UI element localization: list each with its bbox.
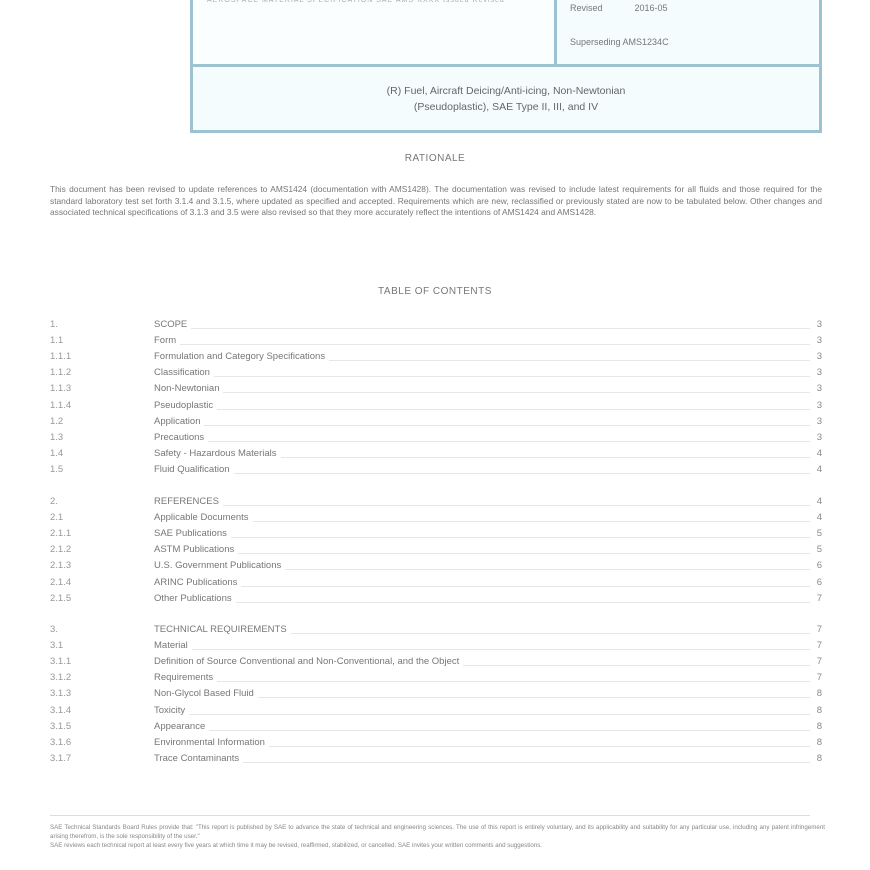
toc-entry[interactable]: 2.1.5Other Publications7 (50, 590, 822, 606)
toc-entry[interactable]: 3.1.5Appearance8 (50, 718, 822, 734)
meta-revised: Revised 2016-05 (570, 3, 668, 13)
toc-dot-leader (285, 569, 810, 570)
toc-entry-number: 1.1.3 (50, 383, 154, 394)
toc-entry[interactable]: 1.1.4Pseudoplastic3 (50, 397, 822, 413)
toc-dot-leader (208, 441, 810, 442)
toc-entry-label[interactable]: Form (154, 335, 180, 346)
title-line-2: (Pseudoplastic), SAE Type II, III, and I… (193, 99, 819, 115)
toc-dot-leader (180, 344, 810, 345)
toc-entry-page: 7 (810, 640, 822, 651)
toc-entry-number: 3.1.1 (50, 656, 154, 667)
title-line-1: (R) Fuel, Aircraft Deicing/Anti-icing, N… (193, 83, 819, 99)
toc-entry[interactable]: 3.1.4Toxicity8 (50, 702, 822, 718)
toc-entry[interactable]: 1.3Precautions3 (50, 429, 822, 445)
toc-entry-page: 5 (810, 544, 822, 555)
footer-notice: SAE Technical Standards Board Rules prov… (50, 823, 825, 850)
toc-entry[interactable]: 1.1Form3 (50, 332, 822, 348)
toc-dot-leader (243, 762, 810, 763)
toc-entry[interactable]: 2.1.2ASTM Publications5 (50, 542, 822, 558)
toc-dot-leader (329, 360, 810, 361)
toc-entry-number: 3.1.7 (50, 753, 154, 764)
toc-entry[interactable]: 3.1.6Environmental Information8 (50, 734, 822, 750)
toc-entry-number: 3.1.3 (50, 688, 154, 699)
toc-dot-leader (281, 457, 811, 458)
toc-entry-label[interactable]: Application (154, 416, 204, 427)
toc-group-references: 2.REFERENCES42.1Applicable Documents42.1… (50, 493, 822, 606)
toc-entry-label[interactable]: ASTM Publications (154, 544, 238, 555)
header-top-line: AEROSPACE MATERIAL SPECIFICATION SAE AMS… (207, 0, 505, 4)
toc-dot-leader (258, 697, 810, 698)
toc-entry-page: 3 (810, 319, 822, 330)
toc-entry-label[interactable]: Environmental Information (154, 737, 269, 748)
toc-group-scope: 1.SCOPE31.1Form31.1.1Formulation and Cat… (50, 316, 822, 478)
toc-group-technical-requirements: 3.TECHNICAL REQUIREMENTS73.1Material73.1… (50, 621, 822, 767)
toc-entry-number: 3.1 (50, 640, 154, 651)
footer-divider (50, 815, 810, 816)
footer-text-2: SAE reviews each technical report at lea… (50, 841, 825, 850)
toc-entry-label[interactable]: ARINC Publications (154, 577, 241, 588)
toc-entry-label[interactable]: Non-Newtonian (154, 383, 223, 394)
toc-entry-number: 3.1.2 (50, 672, 154, 683)
toc-entry[interactable]: 1.1.3Non-Newtonian3 (50, 381, 822, 397)
toc-entry-page: 5 (810, 528, 822, 539)
rationale-heading: RATIONALE (0, 153, 870, 164)
toc-entry[interactable]: 1.4Safety - Hazardous Materials4 (50, 446, 822, 462)
toc-entry-page: 8 (810, 721, 822, 732)
toc-entry-label[interactable]: REFERENCES (154, 496, 223, 507)
toc-entry-number: 1. (50, 319, 154, 330)
toc-dot-leader (269, 746, 810, 747)
toc-entry-number: 1.1.1 (50, 351, 154, 362)
toc-entry-label[interactable]: Other Publications (154, 593, 236, 604)
toc-entry-label[interactable]: Non-Glycol Based Fluid (154, 688, 258, 699)
toc-dot-leader (234, 473, 810, 474)
toc-entry-number: 2.1.2 (50, 544, 154, 555)
toc-entry-number: 2.1.1 (50, 528, 154, 539)
toc-entry[interactable]: 3.1.1Definition of Source Conventional a… (50, 653, 822, 669)
toc-dot-leader (463, 665, 810, 666)
meta-superseding-label: Superseding AMS1234C (570, 37, 669, 47)
toc-entry-label[interactable]: SAE Publications (154, 528, 231, 539)
header-left-cell: AEROSPACE MATERIAL SPECIFICATION SAE AMS… (193, 0, 557, 64)
toc-entry-page: 7 (810, 656, 822, 667)
toc-entry-label[interactable]: Pseudoplastic (154, 400, 217, 411)
toc-entry-page: 4 (810, 448, 822, 459)
toc-entry-page: 8 (810, 753, 822, 764)
toc-entry[interactable]: 3.1.2Requirements7 (50, 670, 822, 686)
toc-entry-label[interactable]: Material (154, 640, 192, 651)
toc-dot-leader (238, 553, 810, 554)
toc-entry-label[interactable]: Appearance (154, 721, 209, 732)
footer-text-1: SAE Technical Standards Board Rules prov… (50, 823, 825, 841)
toc-entry-number: 2. (50, 496, 154, 507)
toc-entry-number: 2.1.5 (50, 593, 154, 604)
toc-entry-page: 3 (810, 383, 822, 394)
toc-entry-number: 1.3 (50, 432, 154, 443)
toc-entry-label[interactable]: Applicable Documents (154, 512, 253, 523)
toc-entry-number: 1.4 (50, 448, 154, 459)
toc-entry-label[interactable]: TECHNICAL REQUIREMENTS (154, 624, 291, 635)
toc-entry-page: 7 (810, 672, 822, 683)
document-title: (R) Fuel, Aircraft Deicing/Anti-icing, N… (193, 70, 819, 130)
toc-entry-label[interactable]: Trace Contaminants (154, 753, 243, 764)
toc-dot-leader (209, 730, 810, 731)
toc-entry-page: 7 (810, 624, 822, 635)
toc-entry[interactable]: 1.1.2Classification3 (50, 365, 822, 381)
toc-entry-label[interactable]: Definition of Source Conventional and No… (154, 656, 463, 667)
toc-entry-number: 1.5 (50, 464, 154, 475)
toc-entry[interactable]: 2.REFERENCES4 (50, 493, 822, 509)
toc-entry-page: 7 (810, 593, 822, 604)
toc-entry-page: 4 (810, 512, 822, 523)
header-meta-cell: Revised 2016-05 Superseding AMS1234C (560, 0, 819, 64)
toc-entry[interactable]: 1.1.1Formulation and Category Specificat… (50, 348, 822, 364)
toc-entry-number: 2.1.3 (50, 560, 154, 571)
toc-entry-page: 3 (810, 400, 822, 411)
toc-entry-number: 3. (50, 624, 154, 635)
toc-dot-leader (253, 521, 810, 522)
toc-entry[interactable]: 3.1.3Non-Glycol Based Fluid8 (50, 686, 822, 702)
toc-entry[interactable]: 1.SCOPE3 (50, 316, 822, 332)
toc-dot-leader (241, 586, 810, 587)
toc-dot-leader (214, 376, 810, 377)
toc-entry-number: 1.1 (50, 335, 154, 346)
toc-dot-leader (223, 505, 810, 506)
toc-entry[interactable]: 3.1Material7 (50, 637, 822, 653)
toc-entry[interactable]: 2.1Applicable Documents4 (50, 509, 822, 525)
toc-entry-label[interactable]: Safety - Hazardous Materials (154, 448, 281, 459)
meta-revised-value: 2016-05 (635, 3, 668, 13)
toc-dot-leader (231, 537, 810, 538)
toc-dot-leader (291, 633, 810, 634)
toc-entry-number: 2.1 (50, 512, 154, 523)
toc-dot-leader (236, 602, 810, 603)
toc-entry-label[interactable]: Requirements (154, 672, 217, 683)
toc-entry-page: 3 (810, 432, 822, 443)
toc-entry-label[interactable]: SCOPE (154, 319, 191, 330)
toc-dot-leader (192, 649, 810, 650)
toc-dot-leader (217, 409, 810, 410)
toc-entry-number: 3.1.6 (50, 737, 154, 748)
header-top-row: AEROSPACE MATERIAL SPECIFICATION SAE AMS… (193, 0, 819, 67)
toc-entry-page: 3 (810, 367, 822, 378)
toc-entry-number: 2.1.4 (50, 577, 154, 588)
toc-entry[interactable]: 1.5Fluid Qualification4 (50, 462, 822, 478)
toc-entry[interactable]: 2.1.3U.S. Government Publications6 (50, 558, 822, 574)
toc-dot-leader (223, 392, 810, 393)
toc-entry-label[interactable]: Fluid Qualification (154, 464, 234, 475)
toc-dot-leader (217, 681, 810, 682)
document-header-block: AEROSPACE MATERIAL SPECIFICATION SAE AMS… (190, 0, 822, 133)
toc-entry[interactable]: 2.1.4ARINC Publications6 (50, 574, 822, 590)
toc-entry-page: 8 (810, 737, 822, 748)
toc-entry-page: 3 (810, 351, 822, 362)
toc-entry-label[interactable]: Precautions (154, 432, 208, 443)
toc-entry[interactable]: 3.TECHNICAL REQUIREMENTS7 (50, 621, 822, 637)
toc-entry-page: 8 (810, 705, 822, 716)
toc-entry[interactable]: 3.1.7Trace Contaminants8 (50, 751, 822, 767)
toc-entry-number: 1.1.4 (50, 400, 154, 411)
toc-entry-label[interactable]: Toxicity (154, 705, 189, 716)
meta-superseding: Superseding AMS1234C (570, 37, 669, 47)
toc-dot-leader (189, 714, 810, 715)
toc-entry-label[interactable]: U.S. Government Publications (154, 560, 285, 571)
toc-heading: TABLE OF CONTENTS (0, 286, 870, 297)
toc-entry-page: 8 (810, 688, 822, 699)
toc-entry-page: 3 (810, 335, 822, 346)
toc-entry-page: 4 (810, 464, 822, 475)
toc-dot-leader (191, 328, 810, 329)
rationale-body: This document has been revised to update… (50, 184, 822, 219)
toc-entry-number: 1.1.2 (50, 367, 154, 378)
toc-entry-page: 6 (810, 560, 822, 571)
toc-entry-label[interactable]: Classification (154, 367, 214, 378)
toc-entry[interactable]: 1.2Application3 (50, 413, 822, 429)
toc-entry-number: 3.1.4 (50, 705, 154, 716)
toc-entry-label[interactable]: Formulation and Category Specifications (154, 351, 329, 362)
toc-dot-leader (204, 425, 810, 426)
meta-revised-label: Revised (570, 3, 632, 13)
toc-entry-page: 4 (810, 496, 822, 507)
toc-entry-number: 3.1.5 (50, 721, 154, 732)
toc-entry[interactable]: 2.1.1SAE Publications5 (50, 525, 822, 541)
toc-entry-page: 6 (810, 577, 822, 588)
toc-entry-page: 3 (810, 416, 822, 427)
toc-entry-number: 1.2 (50, 416, 154, 427)
